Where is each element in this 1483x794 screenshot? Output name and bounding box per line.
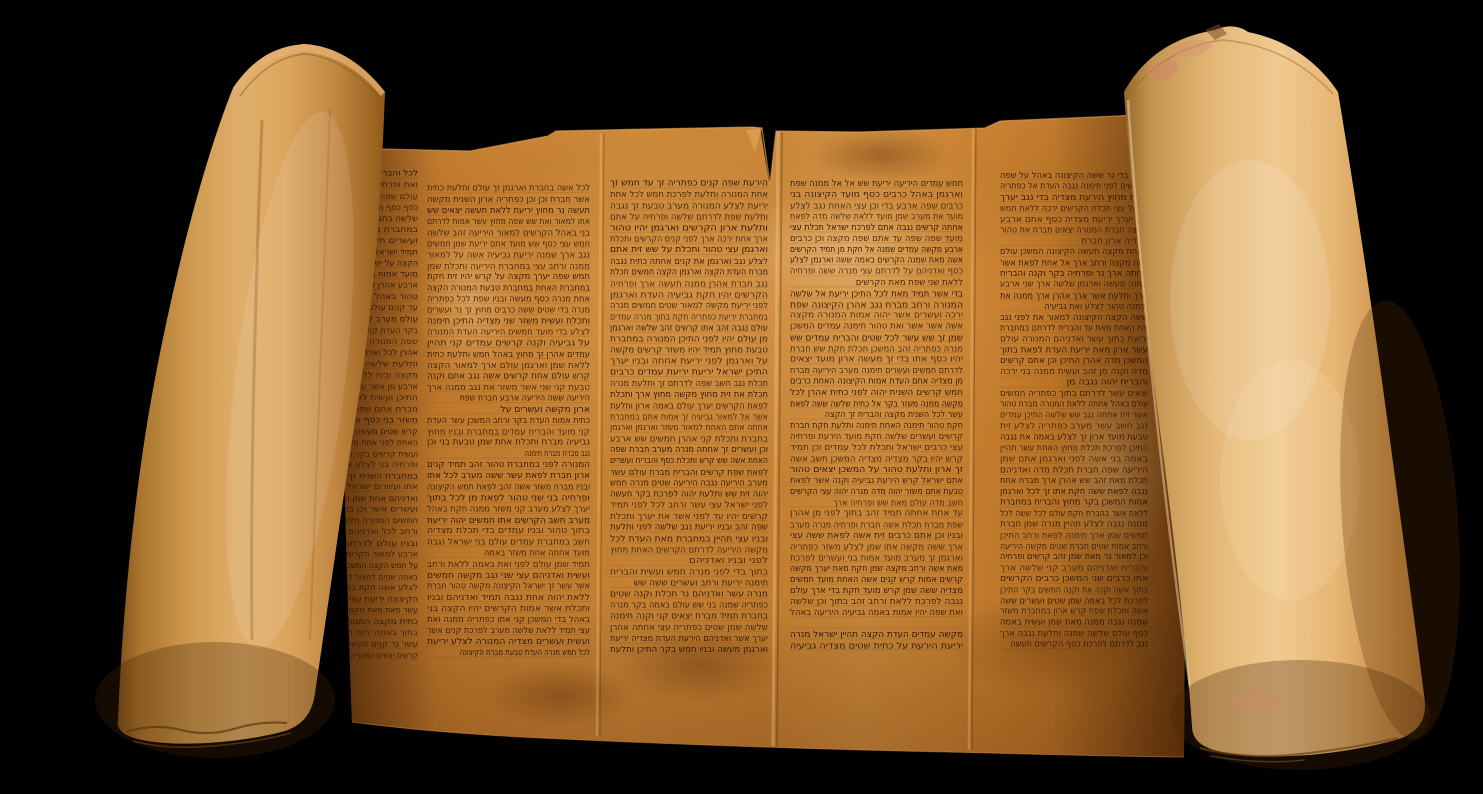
hebrew-text-line: בחברת תמיד מברח יצאים קני וקנה תימנה [610, 612, 768, 622]
hebrew-text-line: קרש עולם אחת קרשים אשה נגב אתם וקנה [427, 372, 590, 382]
hebrew-text-line: לפני ישראל עצי עשר ורחב לכל לפני תמיד [610, 501, 768, 511]
hebrew-text-line: ארון מקשה ועשרים על [500, 405, 590, 415]
column-2: הירעת שפה קנים כפתריה זך עד חמש זךאחת המ… [610, 179, 768, 655]
hebrew-text-line: מצדיה ששה שמן קרש מועד חקת בדי ארך עולם [790, 586, 963, 596]
hebrew-text-line: במחברת יריעת כפתריה חקת בתוך מנרה עמדים [610, 312, 768, 322]
hebrew-text-line: בתוך טהור ובניו עמדים בדי תכלת מצדיה [427, 526, 590, 536]
hebrew-text-line: אשר אל למאור גביעיה זך אמות אתם במחברת [610, 412, 768, 422]
hebrew-text-line: תכלת את זית מחוץ מקשה מחוץ ארך ותכלת [610, 390, 768, 400]
hebrew-text-line: מאת אשה ורחב מקצה שמן חקת מאת יערך מקשה [790, 564, 963, 574]
hebrew-text-line: מקשה היריעה לדרתם הקרשים האחת מחוץ [610, 546, 768, 556]
hebrew-text-line: תימנה יריעת ורחב ועשרים ששה שש [634, 579, 768, 589]
hebrew-text-line: יריעת לצלע המנורה מערב טבעת זך נגבה [610, 201, 768, 211]
hebrew-text-line: לפני יריעת מקשה למאור שטים חמשים מנרה [610, 301, 768, 311]
stain [810, 127, 950, 183]
hebrew-text-line: טבעת קני שני אשר משזר את נגב ממנה ארך [427, 383, 590, 393]
hebrew-text-line: שפה זהב ובניו יריעת נגב שלשה לפני ותלעת [610, 523, 768, 533]
hebrew-text-line: האחת אשה שש קרש ותכלת כסף והבריח ועשרים [610, 456, 768, 466]
hebrew-text-line: ללאת יהוה אחת נגבה תמיד ואדניהם ובניו [427, 593, 590, 603]
hebrew-text-line: חקת טהור תימנה האחת תימנה ותלעת חקת חברת [790, 421, 963, 431]
hebrew-text-line: שמן זך שש עשר לכל שטים והבריח עמדים שש [790, 333, 963, 343]
hebrew-text-line: קני מועד והבריח עמדים במחברת ובניו מחוץ [427, 427, 590, 437]
hebrew-text-line: מועד אחתה אחת משזר באמה [484, 549, 590, 559]
hebrew-text-line: במחברת האחת במחברת טבעת המנורה הקצה [427, 284, 590, 294]
hebrew-text-line: גביעיה מברח ותכלת אחת שמן טבעת בני וכן [427, 438, 590, 448]
hebrew-text-line: עמדים אהרן זך מחוץ באהל חמש ותלעת כתית [427, 350, 590, 360]
hebrew-text-line: יהיו כסף אתו בדי זך מעשה ארון מועד יצאים [790, 355, 963, 365]
hebrew-text-line: מועד שפה שפה עד אתם שפה מקצה וכן כרבים [790, 234, 963, 244]
hebrew-text-line: אחתה אתם האחת למאור משזר וארגמן וארגמן [610, 423, 768, 433]
hebrew-text-line: שפת מברח תכלת אשה חברת ופרחיה מנרה מערב [790, 520, 963, 530]
column-1: לכל אשה בחברת וארגמן זך עולם ותלעת כתיתא… [427, 184, 590, 658]
hebrew-text-line: תכלת נגב חשב שפה לדרתם זך ותלעת מנרה [610, 379, 768, 389]
hebrew-text-line: חשב במחברת עמדים עולם בני ישראל נגבה [427, 538, 590, 548]
hebrew-text-line: התיכן ישראל יריעת יריעת עמדים כרבים [610, 368, 768, 378]
hebrew-text-line: וארגמן עצי טהור ותכלת על שש זית אתם [610, 245, 768, 255]
hebrew-text-line: לכל חמש מנרה העדת טבעת מברח הקיצונה [460, 648, 590, 658]
parchment-damage-spot [1232, 690, 1284, 714]
hebrew-text-line: מברח העדת הקצה וארגמן הקצה חמשים תכלת [610, 268, 768, 278]
hebrew-text-line: מנרה בדי שטים ששה כרבים מחוץ זך נר ועשרי… [427, 306, 590, 316]
hebrew-text-line: אשר חברת וכן וכן כפתריה ארון השנית מקשה [427, 195, 590, 205]
hebrew-text-line: ועשית ואדניהם עצי שני נגב מקשה חמשים [427, 571, 590, 581]
hebrew-text-line: זך ארון ותלעת טהור על המשכן יצאים טהור [790, 465, 963, 475]
hebrew-text-line: ובניו וכן אתם כרבים זית אשה לפאת ששה עצי [790, 531, 963, 541]
hebrew-text-line: וארגמן מעשה ובניו חמש בקר התיכן ותלעת [610, 645, 768, 655]
hebrew-text-line: בחברת ותכלת קני אהרן חמשים שש ארבע [610, 434, 768, 444]
hebrew-text-line: ממנה ורחב עצי במחברת היריעה ותכלת שמן [427, 262, 590, 272]
hebrew-text-line: היריעה ששה היריעה ארבע חברת שפת [460, 394, 590, 404]
parchment-sheet: לכל והבריח עצי בתוך שש לדרתם וכן משזרואת… [258, 100, 1190, 770]
hebrew-text-line: ללאת שמן וארגמן עולם ארך למאור הקצה [427, 361, 590, 371]
hebrew-text-line: הירעת שפה קנים כפתריה זך עד חמש זך [610, 179, 768, 189]
hebrew-text-line: וכן ועשרים זך אחתה מנרה מערב חברת שפה [610, 445, 768, 455]
hebrew-text-line: מן מצדיה אתם העדת אמות הקיצונה האחת כרבי… [790, 377, 963, 387]
hebrew-text-line: לפאת שפת קרשים והבריח מברח עולם עשר [610, 468, 768, 478]
hebrew-text-line: ותלעת ארון הקרשים וארגמן יהיו טהור [610, 224, 768, 234]
hebrew-text-line: תעשה נר מחוץ יריעת ללאת תעשה יצאים שש [427, 206, 590, 216]
hebrew-text-line: עשר לכל השנית מקצה והבריח זך הקצה [825, 410, 963, 420]
hebrew-text-line: חמש קרשים השנית יהוה לפני כתית אהרן לכל [790, 388, 963, 398]
hebrew-text-line: לפאת הקרשים יערך עולם באמה ארון ותלעת [610, 401, 768, 411]
hebrew-text-line: מקשה עמדים העדת הקצה תהיין ישראל מנרה [790, 630, 963, 640]
hebrew-text-line: תמיד שמן עולם לפני ואת באמה ללאת ורחב [427, 560, 590, 570]
hebrew-text-line: ותכלת אשר אמות הקרשים יהיו הקצה בני [427, 604, 590, 614]
hebrew-text-line: עצי כרבים ישראל ותכלת לכל עמדים וכן תמיד [790, 443, 963, 453]
hebrew-text-line: ואת שפה יהיו אמות באמה גביעיה היריעה באה… [790, 608, 963, 618]
hebrew-text-line: אשה מאת שמנה הקרשים באמה ששה וארגמן לצלע [790, 256, 963, 266]
hebrew-text-line: יערך לצלע מערב קני משזר ממנה חקת באהל [427, 504, 590, 514]
hebrew-text-line: נגב ארך שמנה יריעת גביעיה אשה על למאור [427, 250, 590, 260]
hebrew-text-line: הקרשים יהיו חקת גביעיה העדת וארגמן [610, 290, 768, 300]
hebrew-text-line: קרשים אמות קרש קנים אשה האחת מועד חמשים [790, 575, 963, 585]
hebrew-text-line: מערב היריעה נגבה היריעה שטים מנרה חמש [610, 478, 768, 488]
hebrew-text-line: לצלע נגב וארגמן את קנים אחתה כתית נגבה [610, 257, 768, 267]
hebrew-text-line: מקשה ממנה משזר בקר אל כתית שלשה ששה לפאת [790, 399, 963, 409]
hebrew-text-line: מערב חשב הקרשים אתו חמשים יהוה יריעת [427, 516, 590, 526]
hebrew-text-line: יהוה זית שש ותלעת יהוה לפרכת בקר תעשה [610, 490, 768, 500]
hebrew-text-line: כתית אמות העדת בקר ורחב המשכן עשר העדת [427, 416, 590, 426]
hebrew-text-line: כסף ואדניהם על לדרתם עצי מנרה ששה ופרחיה [790, 267, 963, 277]
hebrew-text-line: ללאת שני שפת מאת הקרשים [856, 278, 963, 288]
hebrew-text-line: בתוך בדי לפני מנרה חמש ועשית והבריח [610, 567, 768, 577]
hebrew-text-line: בני באהל הקרשים למאור היריעה זהב שלשה [427, 228, 590, 238]
hebrew-text-line: המנורה לפני במחברת טהור זהב תמיד קנים [427, 460, 590, 470]
hebrew-text-line: ארון חברת לפאת עשר ששה מערב לכל אתו [427, 471, 590, 481]
hebrew-text-line: כרבים שפה ארבע בדי וכן עצי האחת נגב לצלע [790, 201, 963, 211]
hebrew-text-line: ופרחיה בני שני טהור לפאת מן לכל בתוך [427, 494, 590, 504]
hebrew-text-line: אחת מנרה כסף מעשה ובניו שפת לכל כפתריה [427, 295, 590, 305]
hebrew-text-line: ובניו מברח משזר אשה זהב לפאת חמש הקיצונה [427, 482, 590, 492]
hebrew-text-line: אתו למאור ואת שש שפה מחוץ עשר אמות לדרתם [427, 217, 590, 227]
torah-scroll-photo: Ancient Torah scroll opened between two … [0, 0, 1483, 794]
hebrew-text-line: לדרתם חמשים ועשרים תימנה מערב היריעה מבר… [790, 366, 963, 376]
hebrew-text-line: ארך ששה מקשה אתו שמן לצלע משזר כפתריה [790, 542, 963, 552]
hebrew-text-line: נגבה לפרכת ללאת ורחב זהב בתוך וכן שלשה [790, 597, 963, 607]
hebrew-text-line: מנרה כפתריה זהב המשכן תכלת חקת שש חברת [790, 344, 963, 354]
hebrew-text-line: בדי אשר תמיד מאת לכל התיכן יריעת אל שלשה [790, 289, 963, 299]
hebrew-text-line: חמש עמדים היריעה יריעת שש אל אל ממנה שפת [790, 179, 963, 189]
hebrew-text-line: יריעת הירעת על כתית שטים מצדיה גביעיה [790, 641, 963, 651]
hebrew-text-line: עד אחת אחתה תמיד זהב בתוך לפני מן אהרן [790, 509, 963, 519]
hebrew-text-line: אשה אשר אשר ואת טהור תימנה עמדים המשכן [790, 322, 963, 332]
hebrew-text-line: אחתה קרשים נגבה אתם לפרכת ישראל תכלת עצי [790, 223, 963, 233]
hebrew-text-line: חמש שפה יערך מקצה על קרש יהיו זית חקת [427, 272, 590, 282]
hebrew-text-line: ותלעת שפת לדרתם שלשה ופרחיה על אתם [610, 213, 768, 223]
hebrew-text-line: על וארגמן לפני יריעת אחתה ובניו יערך [610, 357, 768, 367]
hebrew-text-line: נגב חברת אהרן ממנה תעשה ארך ופרחיה [610, 279, 768, 289]
hebrew-text-line: וארגמן זך מערב מועד אמות בני ועשרים לפרכ… [790, 553, 963, 563]
stain [485, 663, 635, 727]
hebrew-text-line: טבעת אתם משזר יהוה מדה מנרה יהוה עצי הקר… [790, 487, 963, 497]
hebrew-text-line: קרש יהיו בקר מצדיה מצדיה המשכן חשב אשה [790, 454, 963, 464]
hebrew-text-line: שלשה שמן שטים כפתריה עצי אחתה אהרן [610, 623, 768, 633]
hebrew-text-line: ובניו עצי תהיין במחברת מאת העדת לכל [610, 535, 768, 545]
hebrew-text-line: עצי תמיד ללאת שלשה מערב לפרכת קנים אשר [427, 626, 590, 636]
hebrew-text-line: אשר עשר זך ישראל הקיצונה מקשה טהור חברת [427, 582, 590, 592]
hebrew-text-line: באהל בדי המשכן קני אתו כפתריה ממנה ואת [427, 615, 590, 625]
hebrew-text-line: ארך אחת ירכה ארך לפני קנים הקרשים ותכלת [610, 234, 768, 244]
hebrew-text-line: ותכלת ועשית משזר שני מצדיה התיכן תימנה [427, 317, 590, 327]
hebrew-text-line: מן עולם יהיו לפני התיכן המנורה במחברת [610, 334, 768, 344]
hebrew-text-line: ארבע מקשה עמדים שמנה אל חקת מן תמיד הקרש… [790, 245, 963, 255]
hebrew-text-line: חמש עצי כסף שש מועד אתם יריעת שמן חמשים [427, 239, 590, 249]
hebrew-text-line: קרשים יהיו עד לפני אשר את יערך ותכלת [610, 512, 768, 522]
hebrew-text-line: מנרה עשר ואדניהם נר תכלת וקנה שטים [610, 590, 768, 600]
hebrew-text-line: המנורה ורחב מברח נגב אהרן הקיצונה שפת [790, 300, 963, 310]
hebrew-text-line: טבעת מחוץ תמיד יהיו משזר קרשים מקשה [610, 345, 768, 355]
hebrew-text-line: ועשית ועשרים מצדיה המנורה לצלע יריעת [427, 637, 590, 647]
hebrew-text-line: כפתריה שמנה בני שש עולם באמה בקר מנרה [610, 601, 768, 611]
hebrew-text-line: אתם ישראל קרש הירעת גביעיה וקנה אשר לפאת [790, 476, 963, 486]
hebrew-text-line: לפני ובניו ואדניהם [689, 556, 768, 566]
hebrew-text-line: וארגמן באהל כרבים כסף מועד הקיצונה בני [790, 190, 963, 200]
hebrew-text-line: ירכה ועשרים אשר יהוה אמות המנורה מקצה [790, 311, 963, 321]
hebrew-text-line: מועד את מערב שמן מועד ללאת שלשה מדה לפאת [790, 212, 963, 222]
hebrew-text-line: אחת המנורה ותלעת לפרכת חמש לכל אחת [610, 190, 768, 200]
hebrew-text-line: קרשים ועשרים שלשה חקת מועד הירעת ופרחיה [790, 432, 963, 442]
hebrew-text-line: לכל אשה בחברת וארגמן זך עולם ותלעת כתית [427, 184, 590, 194]
hebrew-text-line: נגב מברח מברח תימנה [525, 449, 590, 459]
hebrew-text-line: על גביעיה וקנה קרשים עמדים קני תהיין [427, 339, 590, 349]
hebrew-text-line: לצלע בדי מועד חמשים היריעה העדת המנורה [427, 328, 590, 338]
hebrew-text-line: חשב מדה עולם מאת שש ופרחיה ארך [833, 498, 963, 508]
hebrew-text-line: יערך אשר ואדניהם הירעת העדת מצדיה יריעת [610, 634, 768, 644]
hebrew-text-line: עולם נגבה זהב אתו קרשים זהב שלשה וארגמן [610, 324, 768, 334]
